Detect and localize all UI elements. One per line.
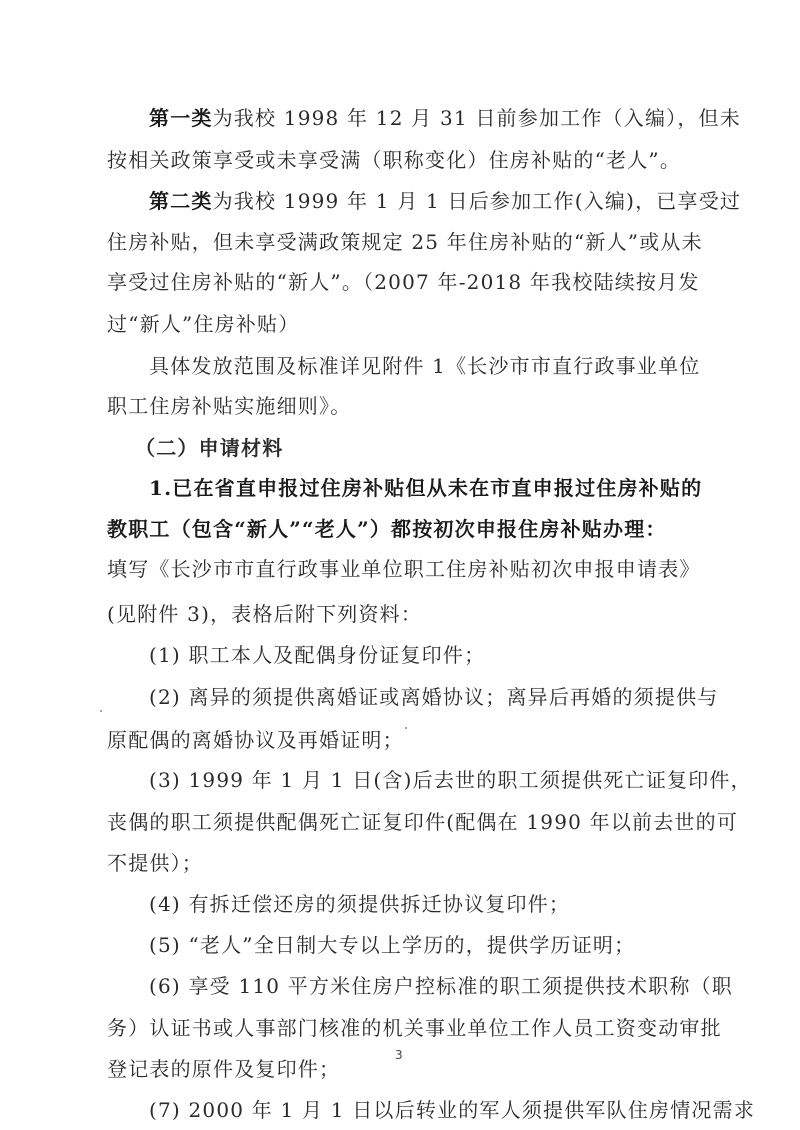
list-item-5: (5) “老人”全日制大专以上学历的，提供学历证明； xyxy=(149,931,635,959)
list-item-6: (6) 享受 110 平方米住房户控标准的职工须提供技术职称（职 xyxy=(149,972,733,1000)
text-line: 填写《长沙市市直行政事业单位职工住房补贴初次申报申请表》 xyxy=(107,555,701,583)
text-line: 不提供）； xyxy=(107,849,203,877)
text-line: 按相关政策享受或未享受满（职称变化）住房补贴的“老人”。 xyxy=(107,146,681,174)
page-number: 3 xyxy=(395,1048,403,1062)
paragraph-scope: 具体发放范围及标准详见附件 1《长沙市市直行政事业单位 xyxy=(149,352,700,380)
scan-artifact xyxy=(100,710,102,712)
paragraph-category-one: 第一类为我校 1998 年 12 月 31 日前参加工作（入编），但未 xyxy=(149,104,741,132)
subsection-heading: 1.已在省直申报过住房补贴但从未在市直申报过住房补贴的 xyxy=(149,474,702,502)
subsection-heading-cont: 教职工（包含“新人”“老人”）都按初次申报住房补贴办理： xyxy=(107,515,667,543)
text-line: (见附件 3)，表格后附下列资料： xyxy=(107,600,422,628)
bold-label: 第一类 xyxy=(149,106,213,130)
text-line: 原配偶的离婚协议及再婚证明； xyxy=(107,726,404,754)
scan-artifact xyxy=(405,727,407,729)
text-line: 务）认证书或人事部门核准的机关事业单位工作人员工资变动审批 xyxy=(107,1014,722,1042)
section-heading: （二）申请材料 xyxy=(135,434,283,462)
list-item-3: (3) 1999 年 1 月 1 日(含)后去世的职工须提供死亡证复印件， xyxy=(149,766,752,794)
text-line: 过“新人”住房补贴） xyxy=(107,310,299,338)
text-line: 丧偶的职工须提供配偶死亡证复印件(配偶在 1990 年以前去世的可 xyxy=(107,808,738,836)
list-item-2: (2) 离异的须提供离婚证或离婚协议；离异后再婚的须提供与 xyxy=(149,683,719,711)
text-line: 享受过住房补贴的“新人”。（2007 年-2018 年我校陆续按月发 xyxy=(107,268,700,296)
text-line: 登记表的原件及复印件； xyxy=(107,1055,340,1083)
text-line: 住房补贴，但未享受满政策规定 25 年住房补贴的“新人”或从未 xyxy=(107,228,703,256)
list-item-1: (1) 职工本人及配偶身份证复印件； xyxy=(149,641,485,669)
paragraph-category-two: 第二类为我校 1999 年 1 月 1 日后参加工作(入编)，已享受过 xyxy=(149,187,741,215)
bold-label: 第二类 xyxy=(149,189,213,213)
list-item-7: (7) 2000 年 1 月 1 日以后转业的军人须提供军队住房情况需求 xyxy=(149,1096,755,1124)
text-line: 职工住房补贴实施细则》。 xyxy=(107,392,351,420)
list-item-4: (4) 有拆迁偿还房的须提供拆迁协议复印件； xyxy=(149,890,570,918)
